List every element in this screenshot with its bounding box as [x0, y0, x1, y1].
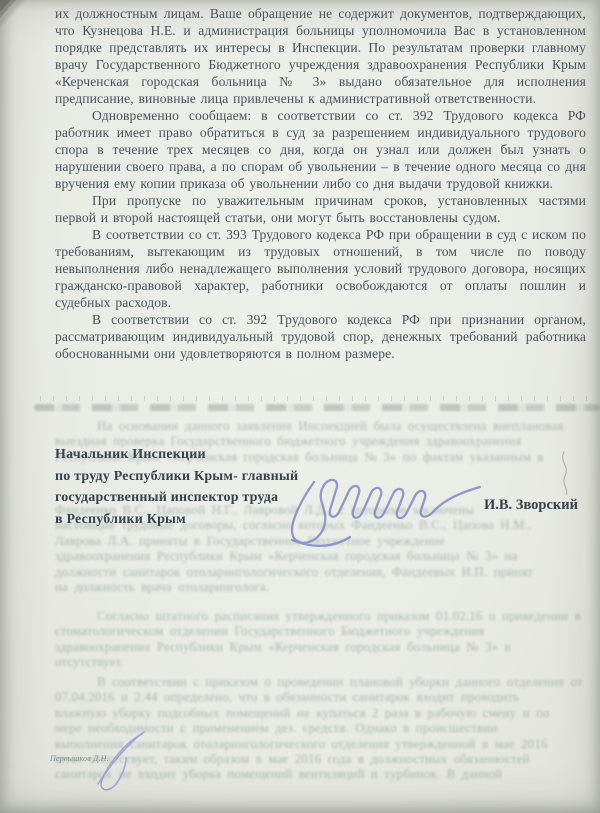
bleedthrough-line: отсутствует. [55, 655, 590, 670]
executor-signature [84, 722, 159, 794]
bleedthrough-line: влажную уборку подсобных помещений не ку… [55, 706, 590, 721]
sheet-edge-perforation [40, 396, 592, 401]
scan-corner-shadow [0, 0, 40, 62]
bleedthrough-line: В соответствии с приказом о проведении п… [55, 675, 590, 690]
bleedthrough-line: на должность врача отоларинголога. [55, 580, 590, 595]
paragraph: В соответствии со ст. 393 Трудового коде… [55, 226, 586, 311]
bleedthrough-block-c: Согласно штатного расписания утвержденно… [55, 609, 590, 671]
paragraph: Одновременно сообщаем: в соответствии со… [55, 107, 586, 192]
paragraph: При пропуске по уважительным причинам ср… [55, 192, 586, 226]
paragraph: их должностным лицам. Ваше обращение не … [55, 5, 586, 107]
bleedthrough-line: здравоохранения Республики Крым «Керченс… [55, 640, 590, 655]
letter-body: их должностным лицам. Ваше обращение не … [55, 5, 586, 362]
fold-crease-smudge [34, 404, 600, 411]
paragraph: В соответствии со ст. 392 Трудового коде… [55, 311, 586, 362]
bleedthrough-line: На основании данного заявления Инспекцие… [55, 419, 590, 434]
handwritten-signature [278, 452, 493, 557]
bleedthrough-line: должности санитарок отоларингологическог… [55, 565, 590, 580]
pencil-mark [548, 446, 588, 501]
bleedthrough-line: 07.04.2016 и 2.44 определено, что в обяз… [55, 690, 590, 705]
scanned-letter-page: На основании данного заявления Инспекцие… [0, 0, 600, 813]
bleedthrough-line: Согласно штатного расписания утвержденно… [55, 609, 590, 624]
bleedthrough-line: стоматологическом отделении Государствен… [55, 624, 590, 639]
